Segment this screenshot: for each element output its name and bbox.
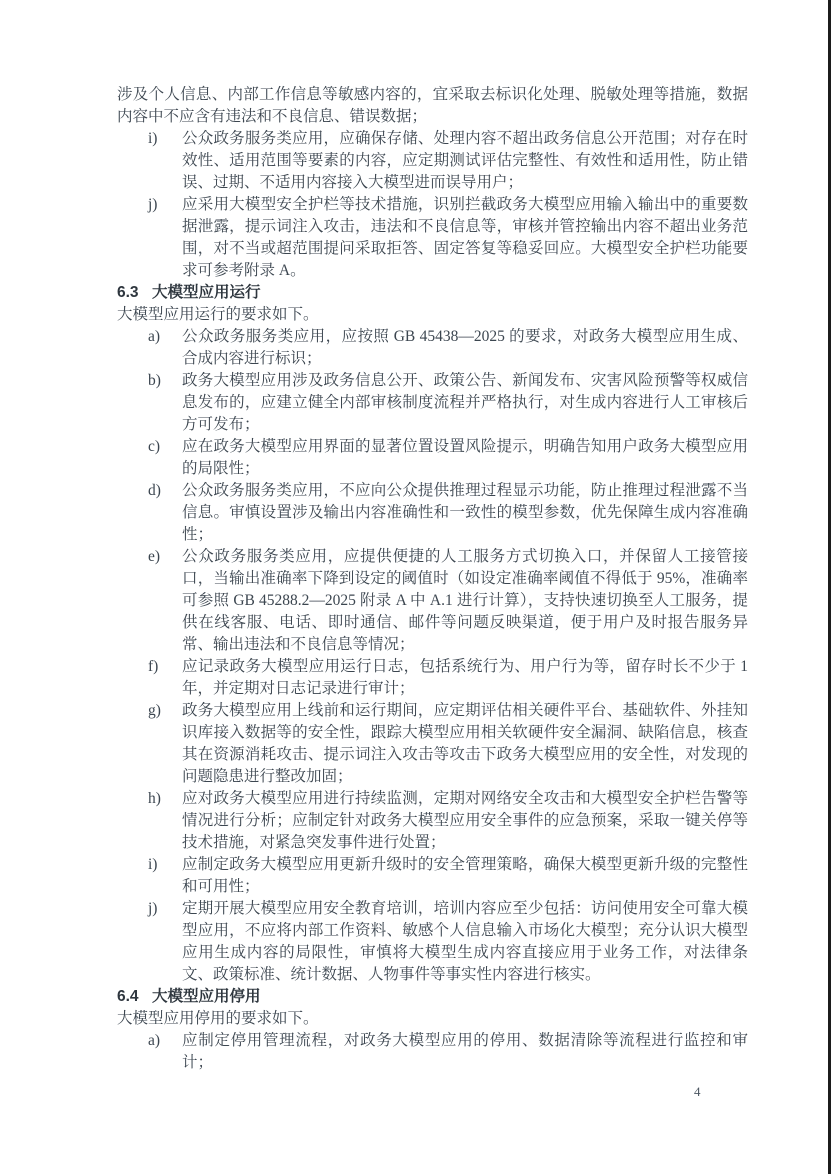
list-item: b) 政务大模型应用涉及政务信息公开、政策公告、新闻发布、灾害风险预警等权威信息… [117, 370, 748, 436]
list-item: f) 应记录政务大模型应用运行日志，包括系统行为、用户行为等，留存时长不少于 1… [117, 656, 748, 700]
item-label: e) [148, 546, 182, 656]
list-item: h) 应对政务大模型应用进行持续监测，定期对网络安全攻击和大模型安全护栏告警等情… [117, 788, 748, 854]
item-text: 应记录政务大模型应用运行日志，包括系统行为、用户行为等，留存时长不少于 1 年，… [182, 656, 748, 700]
item-text: 公众政务服务类应用，应按照 GB 45438—2025 的要求，对政务大模型应用… [182, 326, 748, 370]
item-label: i) [148, 854, 182, 898]
item-text: 应在政务大模型应用界面的显著位置设置风险提示，明确告知用户政务大模型应用的局限性… [182, 436, 748, 480]
list-item: j) 应采用大模型安全护栏等技术措施，识别拦截政务大模型应用输入输出中的重要数据… [117, 194, 748, 282]
item-label: a) [148, 1030, 182, 1074]
list-item: g) 政务大模型应用上线前和运行期间，应定期评估相关硬件平台、基础软件、外挂知识… [117, 700, 748, 788]
section-heading-6-4: 6.4 大模型应用停用 [117, 986, 748, 1008]
list-item: i) 公众政务服务类应用，应确保存储、处理内容不超出政务信息公开范围；对存在时效… [117, 128, 748, 194]
item-text: 政务大模型应用涉及政务信息公开、政策公告、新闻发布、灾害风险预警等权威信息发布的… [182, 370, 748, 436]
section-title: 大模型应用运行 [152, 282, 261, 304]
item-text: 应对政务大模型应用进行持续监测，定期对网络安全攻击和大模型安全护栏告警等情况进行… [182, 788, 748, 854]
item-label: h) [148, 788, 182, 854]
section-heading-6-3: 6.3 大模型应用运行 [117, 282, 748, 304]
item-label: g) [148, 700, 182, 788]
item-label: b) [148, 370, 182, 436]
list-item: i) 应制定政务大模型应用更新升级时的安全管理策略，确保大模型更新升级的完整性和… [117, 854, 748, 898]
item-label: j) [148, 898, 182, 986]
section-number: 6.4 [117, 986, 152, 1008]
item-text: 政务大模型应用上线前和运行期间，应定期评估相关硬件平台、基础软件、外挂知识库接入… [182, 700, 748, 788]
paragraph-continuation: 涉及个人信息、内部工作信息等敏感内容的，宜采取去标识化处理、脱敏处理等措施，数据… [117, 84, 748, 128]
item-text: 公众政务服务类应用，不应向公众提供推理过程显示功能，防止推理过程泄露不当信息。审… [182, 480, 748, 546]
section-intro: 大模型应用停用的要求如下。 [117, 1008, 748, 1030]
item-label: f) [148, 656, 182, 700]
section-intro: 大模型应用运行的要求如下。 [117, 304, 748, 326]
item-text: 定期开展大模型应用安全教育培训，培训内容应至少包括：访问使用安全可靠大模型应用，… [182, 898, 748, 986]
list-item: d) 公众政务服务类应用，不应向公众提供推理过程显示功能，防止推理过程泄露不当信… [117, 480, 748, 546]
item-label: c) [148, 436, 182, 480]
item-label: d) [148, 480, 182, 546]
list-item: e) 公众政务服务类应用，应提供便捷的人工服务方式切换入口，并保留人工接管接口，… [117, 546, 748, 656]
page-number: 4 [694, 1084, 701, 1100]
item-text: 公众政务服务类应用，应提供便捷的人工服务方式切换入口，并保留人工接管接口，当输出… [182, 546, 748, 656]
section-number: 6.3 [117, 282, 152, 304]
item-label: a) [148, 326, 182, 370]
list-item: c) 应在政务大模型应用界面的显著位置设置风险提示，明确告知用户政务大模型应用的… [117, 436, 748, 480]
list-item: a) 公众政务服务类应用，应按照 GB 45438—2025 的要求，对政务大模… [117, 326, 748, 370]
item-text: 应制定停用管理流程，对政务大模型应用的停用、数据清除等流程进行监控和审计； [182, 1030, 748, 1074]
item-label: i) [148, 128, 182, 194]
document-page: 涉及个人信息、内部工作信息等敏感内容的，宜采取去标识化处理、脱敏处理等措施，数据… [0, 0, 831, 1174]
item-text: 公众政务服务类应用，应确保存储、处理内容不超出政务信息公开范围；对存在时效性、适… [182, 128, 748, 194]
item-label: j) [148, 194, 182, 282]
page-body: 涉及个人信息、内部工作信息等敏感内容的，宜采取去标识化处理、脱敏处理等措施，数据… [117, 84, 748, 1074]
section-title: 大模型应用停用 [152, 986, 261, 1008]
list-item: a) 应制定停用管理流程，对政务大模型应用的停用、数据清除等流程进行监控和审计； [117, 1030, 748, 1074]
list-item: j) 定期开展大模型应用安全教育培训，培训内容应至少包括：访问使用安全可靠大模型… [117, 898, 748, 986]
item-text: 应制定政务大模型应用更新升级时的安全管理策略，确保大模型更新升级的完整性和可用性… [182, 854, 748, 898]
item-text: 应采用大模型安全护栏等技术措施，识别拦截政务大模型应用输入输出中的重要数据泄露，… [182, 194, 748, 282]
